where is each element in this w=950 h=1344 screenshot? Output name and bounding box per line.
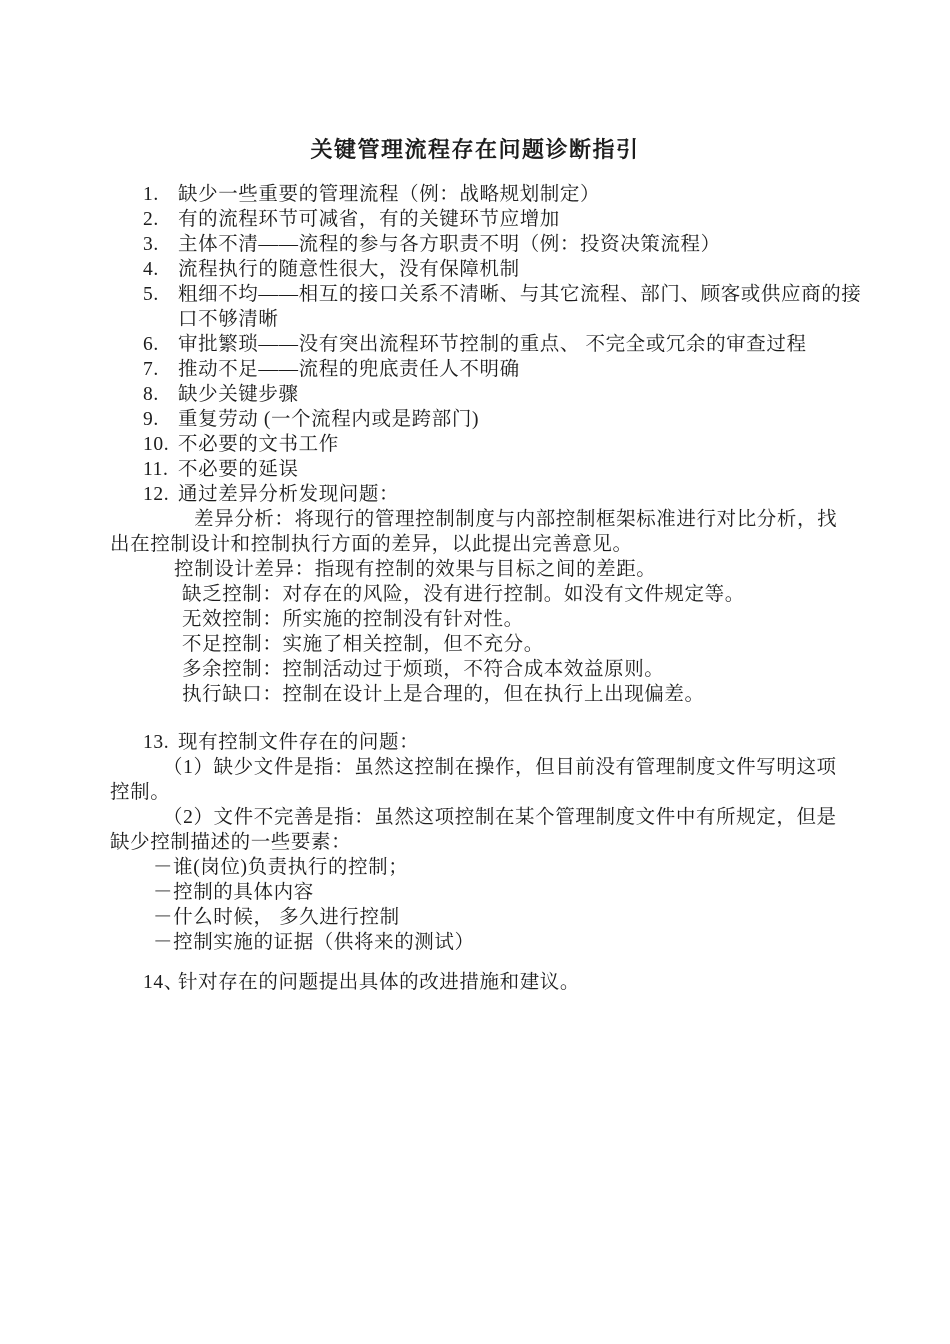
item-text: －控制的具体内容 <box>153 882 314 903</box>
list-item: 7.推动不足——流程的兜底责任人不明确 <box>110 357 840 382</box>
list-item: 4.流程执行的随意性很大，没有保障机制 <box>110 257 840 282</box>
dash-item: －控制的具体内容 <box>110 880 840 905</box>
list-item: 9.重复劳动 (一个流程内或是跨部门) <box>110 407 840 432</box>
item-number: 5. <box>143 282 159 307</box>
dash-item: －谁(岗位)负责执行的控制； <box>110 855 840 880</box>
text-line: 控制设计差异：指现有控制的效果与目标之间的差距。 <box>110 557 840 582</box>
item-text: 不必要的文书工作 <box>178 434 339 455</box>
list-item: 1.缺少一些重要的管理流程（例：战略规划制定） <box>110 182 840 207</box>
item-text: 主体不清——流程的参与各方职责不明（例：投资决策流程） <box>178 234 721 255</box>
item-number: 8. <box>143 382 159 407</box>
list-item: 11.不必要的延误 <box>110 457 840 482</box>
item-text: 缺少控制描述的一些要素： <box>110 832 351 853</box>
item-text: －谁(岗位)负责执行的控制； <box>153 857 408 878</box>
document-title: 关键管理流程存在问题诊断指引 <box>110 0 840 166</box>
item-text: 推动不足——流程的兜底责任人不明确 <box>178 359 520 380</box>
text-line: （2）文件不完善是指：虽然这项控制在某个管理制度文件中有所规定，但是 <box>110 805 840 830</box>
item-text: 不足控制：实施了相关控制，但不充分。 <box>182 634 544 655</box>
item-number: 9. <box>143 407 159 432</box>
item-text: 缺乏控制：对存在的风险，没有进行控制。如没有文件规定等。 <box>182 584 745 605</box>
item-number: 2. <box>143 207 159 232</box>
item-text: 出在控制设计和控制执行方面的差异，以此提出完善意见。 <box>110 534 633 555</box>
item-number: 3. <box>143 232 159 257</box>
item-text: 针对存在的问题提出具体的改进措施和建议。 <box>178 972 580 993</box>
item-text: 控制。 <box>110 782 170 803</box>
item-text: 口不够清晰 <box>178 309 279 330</box>
text-line: 缺乏控制：对存在的风险，没有进行控制。如没有文件规定等。 <box>110 582 840 607</box>
list-item: 14、针对存在的问题提出具体的改进措施和建议。 <box>110 970 840 995</box>
dash-item: －什么时候， 多久进行控制 <box>110 905 840 930</box>
text-line: 无效控制：所实施的控制没有针对性。 <box>110 607 840 632</box>
list-item: 12.通过差异分析发现问题： <box>110 482 840 507</box>
item-number: 12. <box>143 482 169 507</box>
text-line: （1）缺少文件是指：虽然这控制在操作，但目前没有管理制度文件写明这项 <box>110 755 840 780</box>
item-text: 缺少关键步骤 <box>178 384 299 405</box>
document-page: 关键管理流程存在问题诊断指引 1.缺少一些重要的管理流程（例：战略规划制定） 2… <box>0 0 950 1344</box>
item-number: 4. <box>143 257 159 282</box>
item-text: 多余控制：控制活动过于烦琐，不符合成本效益原则。 <box>182 659 664 680</box>
item-text: 通过差异分析发现问题： <box>178 484 399 505</box>
text-line: 口不够清晰 <box>110 307 840 332</box>
item-text: 重复劳动 (一个流程内或是跨部门) <box>178 409 479 430</box>
item-number: 1. <box>143 182 159 207</box>
dash-item: －控制实施的证据（供将来的测试） <box>110 930 840 955</box>
list-item: 5.粗细不均——相互的接口关系不清晰、与其它流程、部门、顾客或供应商的接 <box>110 282 840 307</box>
item-text: 缺少一些重要的管理流程（例：战略规划制定） <box>178 184 600 205</box>
item-text: －控制实施的证据（供将来的测试） <box>153 932 475 953</box>
item-text: 粗细不均——相互的接口关系不清晰、与其它流程、部门、顾客或供应商的接 <box>178 284 861 305</box>
item-text: 差异分析：将现行的管理控制制度与内部控制框架标准进行对比分析，找 <box>194 509 837 530</box>
text-line: 出在控制设计和控制执行方面的差异，以此提出完善意见。 <box>110 532 840 557</box>
item-text: 有的流程环节可减省，有的关键环节应增加 <box>178 209 560 230</box>
item-text: 审批繁琐——没有突出流程环节控制的重点、 不完全或冗余的审查过程 <box>178 334 807 355</box>
text-line: 差异分析：将现行的管理控制制度与内部控制框架标准进行对比分析，找 <box>110 507 840 532</box>
item-text: －什么时候， 多久进行控制 <box>153 907 400 928</box>
item-text: 现有控制文件存在的问题： <box>178 732 419 753</box>
item-number: 11. <box>143 457 168 482</box>
list-item: 3.主体不清——流程的参与各方职责不明（例：投资决策流程） <box>110 232 840 257</box>
text-line: 缺少控制描述的一些要素： <box>110 830 840 855</box>
item-text: 流程执行的随意性很大，没有保障机制 <box>178 259 520 280</box>
list-item: 10.不必要的文书工作 <box>110 432 840 457</box>
document-content: 关键管理流程存在问题诊断指引 1.缺少一些重要的管理流程（例：战略规划制定） 2… <box>110 0 840 995</box>
text-line: 多余控制：控制活动过于烦琐，不符合成本效益原则。 <box>110 657 840 682</box>
item-number: 13. <box>143 730 169 755</box>
item-number: 14、 <box>143 970 184 995</box>
text-line: 不足控制：实施了相关控制，但不充分。 <box>110 632 840 657</box>
item-text: 不必要的延误 <box>178 459 299 480</box>
text-line: 控制。 <box>110 780 840 805</box>
item-number: 7. <box>143 357 159 382</box>
list-item: 8.缺少关键步骤 <box>110 382 840 407</box>
item-text: 无效控制：所实施的控制没有针对性。 <box>182 609 524 630</box>
blank-line <box>110 707 840 730</box>
item-text: （1）缺少文件是指：虽然这控制在操作，但目前没有管理制度文件写明这项 <box>163 757 837 778</box>
item-number: 10. <box>143 432 169 457</box>
item-number: 6. <box>143 332 159 357</box>
list-item: 6.审批繁琐——没有突出流程环节控制的重点、 不完全或冗余的审查过程 <box>110 332 840 357</box>
item-text: （2）文件不完善是指：虽然这项控制在某个管理制度文件中有所规定，但是 <box>163 807 837 828</box>
text-line: 执行缺口：控制在设计上是合理的，但在执行上出现偏差。 <box>110 682 840 707</box>
item-text: 控制设计差异：指现有控制的效果与目标之间的差距。 <box>174 559 656 580</box>
blank-line <box>110 955 840 970</box>
item-text: 执行缺口：控制在设计上是合理的，但在执行上出现偏差。 <box>182 684 705 705</box>
list-item: 13.现有控制文件存在的问题： <box>110 730 840 755</box>
list-item: 2.有的流程环节可减省，有的关键环节应增加 <box>110 207 840 232</box>
